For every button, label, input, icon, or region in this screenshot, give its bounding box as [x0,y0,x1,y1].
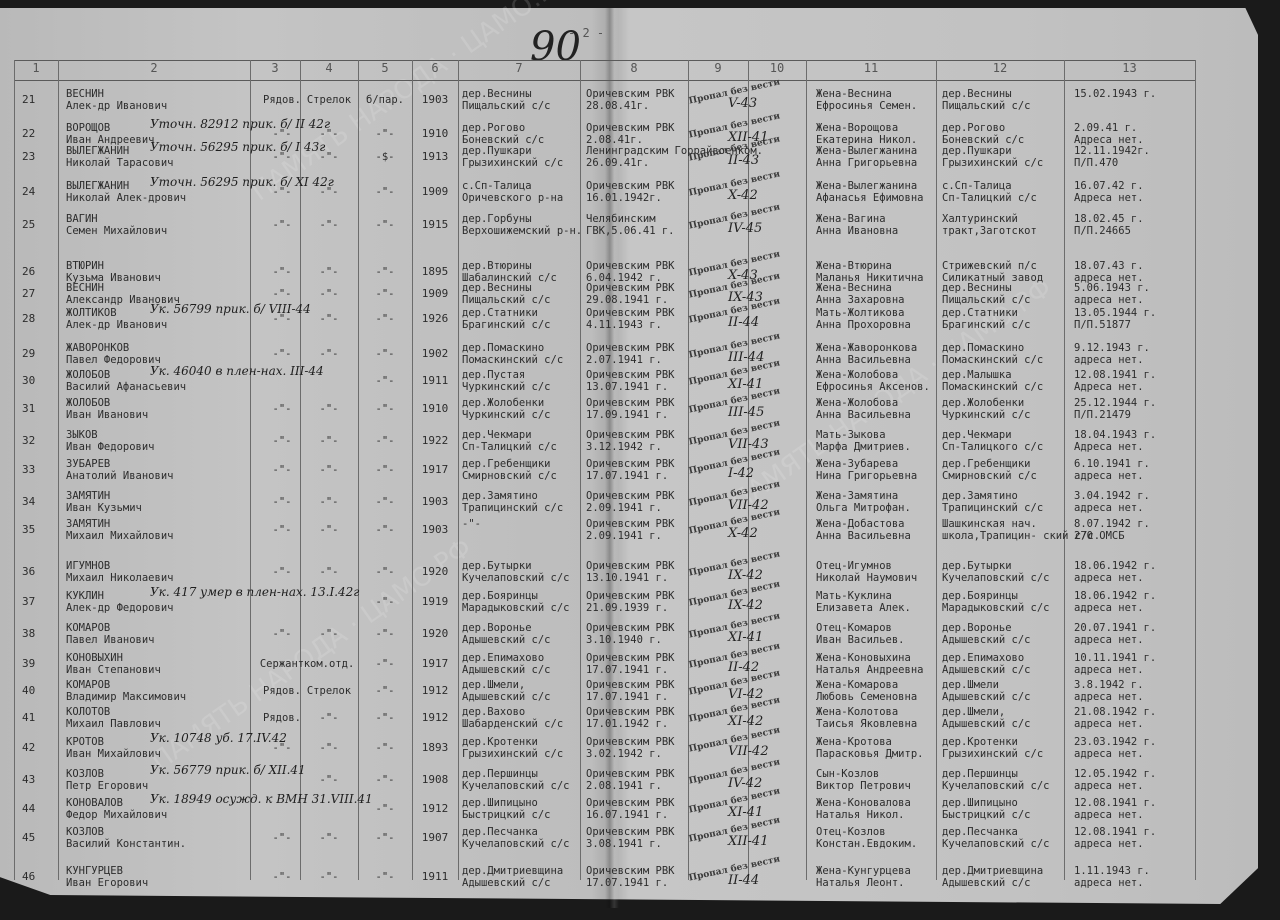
kin-address: дер.Бояринцы [942,590,1066,602]
birthplace-district: Трапицинский с/с [462,502,582,514]
draft-date: 4.11.1943 г. [586,319,686,331]
given-name: Алек-др Иванович [66,319,246,331]
notice-date: 5.06.1943 г. [1074,282,1194,294]
kin-address-district: Пищальский с/с [942,294,1066,306]
notice-date: 10.11.1941 г. [1074,652,1194,664]
next-of-kin: Отец-Комаров [816,622,940,634]
notice-remark: П/П.24665 [1074,225,1194,237]
kin-address-district: Грызихинский с/с [942,157,1066,169]
birth-year: 1909 [412,288,458,300]
draft-office: Ленинградским Горрайвоенком. [586,145,686,157]
birthplace: дер.Шипицыно [462,797,582,809]
next-of-kin: Жена-Зубарева [816,458,940,470]
notice-remark: адреса нет. [1074,664,1194,676]
next-of-kin-name: Ефросинья Аксенов. [816,381,940,393]
draft-office: Оричевским РВК [586,88,686,100]
next-of-kin-name: Иван Васильев. [816,634,940,646]
row-number: 41 [22,712,52,724]
row-number: 46 [22,871,52,883]
next-of-kin-name: Констан.Евдоким. [816,838,940,850]
birth-year: 1917 [412,464,458,476]
row-number: 30 [22,375,52,387]
rank: Рядов. [258,94,306,106]
position: -"- [300,742,358,754]
next-of-kin: Жена-Замятина [816,490,940,502]
birthplace: дер.Бутырки [462,560,582,572]
birthplace-district: Адышевский с/с [462,691,582,703]
kin-address: дер.Статники [942,307,1066,319]
notice-remark: адреса нет. [1074,602,1194,614]
kin-address: дер.Чекмари [942,429,1066,441]
kin-address: дер.Помаскино [942,342,1066,354]
kin-address-district: Брагинский с/с [942,319,1066,331]
given-name: Анатолий Иванович [66,470,246,482]
notice-date: 16.07.42 г. [1074,180,1194,192]
draft-office: Оричевским РВК [586,590,686,602]
education: -"- [360,266,410,278]
rank: -"- [258,628,306,640]
notice-remark: П/П.470 [1074,157,1194,169]
birthplace-district: Смирновский с/с [462,470,582,482]
rank: -"- [258,435,306,447]
notice-remark: адреса нет. [1074,572,1194,584]
education: -"- [360,524,410,536]
education: -"- [360,685,410,697]
draft-date: 13.07.1941 г. [586,381,686,393]
kin-address: дер.Веснины [942,282,1066,294]
kin-address-district: Пищальский с/с [942,100,1066,112]
notice-remark: адреса нет. [1074,838,1194,850]
birthplace: дер.Замятино [462,490,582,502]
position: -"- [300,524,358,536]
kin-address: дер.Малышка [942,369,1066,381]
given-name: Семен Михайлович [66,225,246,237]
draft-office: Оричевским РВК [586,260,686,272]
rank: -"- [258,871,306,883]
column-number: 10 [748,61,806,75]
next-of-kin-name: Нина Григорьевна [816,470,940,482]
next-of-kin: Жена-Вылегжанина [816,180,940,192]
birthplace: дер.Першинцы [462,768,582,780]
draft-date: 3.08.1941 г. [586,838,686,850]
birthplace: дер.Пустая [462,369,582,381]
position: -"- [300,496,358,508]
education: -"- [360,774,410,786]
birth-year: 1915 [412,219,458,231]
position: -"- [300,712,358,724]
draft-office: Оричевским РВК [586,282,686,294]
fate-date: XI-42 [728,716,763,728]
handwritten-annotation: Ук. 46040 в плен-нах. III-44 [150,365,324,377]
next-of-kin: Жена-Кунгурцева [816,865,940,877]
position: -"- [300,219,358,231]
rank: Сержант [258,658,306,670]
next-of-kin-name: Наталья Никол. [816,809,940,821]
column-number: 2 [58,61,250,75]
column-rule [1195,60,1196,880]
fate-date: I-42 [728,468,754,480]
surname: ЗЫКОВ [66,429,246,441]
notice-remark: адреса нет. [1074,634,1194,646]
surname: КОЛОТОВ [66,706,246,718]
given-name: Николай Алек-дрович [66,192,246,204]
row-number: 37 [22,596,52,608]
kin-address-district: Помаскинский с/с [942,354,1066,366]
given-name: Иван Федорович [66,441,246,453]
draft-date: 16.01.1942г. [586,192,686,204]
notice-date: 13.05.1944 г. [1074,307,1194,319]
surname: ВЕСНИН [66,88,246,100]
birth-year: 1910 [412,403,458,415]
kin-address: с.Сп-Талица [942,180,1066,192]
notice-date: 18.07.43 г. [1074,260,1194,272]
given-name: Алек-др Федорович [66,602,246,614]
birthplace: дер.Статники [462,307,582,319]
draft-date: 2.09.1941 г. [586,502,686,514]
column-number: 1 [14,61,58,75]
row-number: 40 [22,685,52,697]
birth-year: 1920 [412,628,458,640]
draft-office: Оричевским РВК [586,652,686,664]
education: -"- [360,313,410,325]
surname: ЗАМЯТИН [66,518,246,530]
draft-office: Челябинским [586,213,686,225]
fate-date: XI-41 [728,807,763,819]
notice-date: 12.08.1941 г. [1074,369,1194,381]
next-of-kin: Жена-Жолобова [816,397,940,409]
draft-office: Оричевским РВК [586,369,686,381]
next-of-kin: Жена-Комарова [816,679,940,691]
draft-date: 3.02.1942 г. [586,748,686,760]
fate-date: III-45 [728,407,764,419]
kin-address: Халтуринский [942,213,1066,225]
birthplace-district: Шабарденский с/с [462,718,582,730]
notice-date: 12.08.1941 г. [1074,797,1194,809]
kin-address: дер.Шипицыно [942,797,1066,809]
kin-address: дер.Епимахово [942,652,1066,664]
draft-date: 26.09.41г. [586,157,686,169]
row-number: 25 [22,219,52,231]
fate-date: IV-45 [728,223,762,235]
birthplace: дер.Песчанка [462,826,582,838]
next-of-kin: Жена-Втюрина [816,260,940,272]
birth-year: 1910 [412,128,458,140]
birthplace-district: Адышевский с/с [462,877,582,889]
column-rule [58,60,59,880]
given-name: Владимир Максимович [66,691,246,703]
next-of-kin-name: Анна Ивановна [816,225,940,237]
handwritten-annotation: Уточн. 56295 прик. б/ I 43г [150,141,325,153]
draft-office: Оричевским РВК [586,307,686,319]
draft-date: 13.10.1941 г. [586,572,686,584]
kin-address-district: Адышевский с/с [942,691,1066,703]
next-of-kin-name: Анна Васильевна [816,354,940,366]
fate-date: X-42 [728,190,758,202]
surname: КОМАРОВ [66,679,246,691]
birthplace-district: Пищальский с/с [462,294,582,306]
column-number: 3 [250,61,300,75]
rank: -"- [258,832,306,844]
handwritten-annotation: Ук. 417 умер в плен-нах. 13.I.42г [150,586,359,598]
draft-office: Оричевским РВК [586,397,686,409]
notice-remark: адреса нет. [1074,502,1194,514]
next-of-kin: Жена-Добастова [816,518,940,530]
kin-address-district: Чуркинский с/с [942,409,1066,421]
rank: Рядов. [258,712,306,724]
next-of-kin-name: Ольга Митрофан. [816,502,940,514]
rank: -"- [258,496,306,508]
birthplace: дер.Шмели, [462,679,582,691]
birthplace: дер.Вахово [462,706,582,718]
given-name: Василий Константин. [66,838,246,850]
fate-date: IX-42 [728,570,763,582]
notice-date: 18.06.1942 г. [1074,560,1194,572]
notice-date: 3.8.1942 г. [1074,679,1194,691]
draft-office: Оричевским РВК [586,768,686,780]
birthplace: дер.Горбуны [462,213,582,225]
kin-address: дер.Дмитриевщина [942,865,1066,877]
position: -"- [300,403,358,415]
notice-date: 3.04.1942 г. [1074,490,1194,502]
birthplace: дер.Жолобенки [462,397,582,409]
notice-date: 25.12.1944 г. [1074,397,1194,409]
education: -"- [360,566,410,578]
draft-office: Оричевским РВК [586,518,686,530]
notice-date: 12.08.1941 г. [1074,826,1194,838]
fate-date: II-44 [728,875,759,887]
kin-address: дер.Жолобенки [942,397,1066,409]
handwritten-annotation: Уточн. 56295 прик. б/ XI 42г [150,176,334,188]
draft-date: ГВК,5.06.41 г. [586,225,686,237]
birthplace-district: Грызихинский с/с [462,748,582,760]
row-number: 33 [22,464,52,476]
notice-remark: адреса нет. [1074,294,1194,306]
column-number: 4 [300,61,358,75]
fate-date: VII-42 [728,746,769,758]
rank: -"- [258,348,306,360]
notice-date: 9.12.1943 г. [1074,342,1194,354]
notice-remark: 270 ОМСБ [1074,530,1194,542]
draft-date: 17.07.1941 г. [586,470,686,482]
draft-date: 28.08.41г. [586,100,686,112]
birth-year: 1917 [412,658,458,670]
birthplace: -"- [462,518,582,530]
kin-address: Шашкинская нач. [942,518,1066,530]
kin-address-district: Кучелаповский с/с [942,838,1066,850]
rank: Рядов. [258,685,306,697]
education: -"- [360,288,410,300]
draft-date: 2.08.1941 г. [586,780,686,792]
notice-date: 8.07.1942 г. [1074,518,1194,530]
rank: -"- [258,464,306,476]
next-of-kin-name: Елизавета Алек. [816,602,940,614]
draft-office: Оричевским РВК [586,826,686,838]
row-number: 39 [22,658,52,670]
position: -"- [300,464,358,476]
draft-office: Оричевским РВК [586,865,686,877]
column-number: 9 [688,61,748,75]
next-of-kin-name: Любовь Семеновна [816,691,940,703]
birthplace: дер.Веснины [462,282,582,294]
birthplace: дер.Кротенки [462,736,582,748]
notice-remark: Адреса нет. [1074,381,1194,393]
draft-office: Оричевским РВК [586,490,686,502]
rank: -"- [258,524,306,536]
next-of-kin: Жена-Коновалова [816,797,940,809]
birth-year: 1893 [412,742,458,754]
draft-date: 29.08.1941 г. [586,294,686,306]
kin-address-district: Быстрицкий с/с [942,809,1066,821]
education: -"- [360,186,410,198]
notice-remark: П/П.21479 [1074,409,1194,421]
row-number: 43 [22,774,52,786]
kin-address-district: школа,Трапицин- ский с/с. [942,530,1066,542]
kin-address: дер.Веснины [942,88,1066,100]
birth-year: 1903 [412,94,458,106]
birth-year: 1909 [412,186,458,198]
given-name: Алек-др Иванович [66,100,246,112]
birthplace-district: Помаскинский с/с [462,354,582,366]
surname: ЖАВОРОНКОВ [66,342,246,354]
given-name: Павел Иванович [66,634,246,646]
draft-office: Оричевским РВК [586,706,686,718]
given-name: Николай Тарасович [66,157,246,169]
column-rule [358,60,359,880]
notice-date: 20.07.1941 г. [1074,622,1194,634]
surname: ВЕСНИН [66,282,246,294]
column-number: 13 [1064,61,1195,75]
row-number: 21 [22,94,52,106]
notice-date: 12.11.1942г. [1074,145,1194,157]
kin-address-district: Адышевский с/с [942,718,1066,730]
next-of-kin: Мать-Куклина [816,590,940,602]
next-of-kin: Жена-Жолобова [816,369,940,381]
draft-office: Оричевским РВК [586,679,686,691]
next-of-kin: Жена-Вылегжанина [816,145,940,157]
notice-date: 23.03.1942 г. [1074,736,1194,748]
kin-address: дер.Гребенщики [942,458,1066,470]
notice-remark: Адреса нет. [1074,441,1194,453]
education: -"- [360,375,410,387]
row-number: 36 [22,566,52,578]
position: -"- [300,435,358,447]
draft-date: 2.07.1941 г. [586,354,686,366]
notice-remark: адреса нет. [1074,691,1194,703]
given-name: Михаил Михайлович [66,530,246,542]
given-name: Василий Афанасьевич [66,381,246,393]
kin-address: дер.Замятино [942,490,1066,502]
fate-date: II-43 [728,155,759,167]
education: -"- [360,219,410,231]
birthplace: с.Сп-Талица [462,180,582,192]
kin-address-district: Трапицинский с/с [942,502,1066,514]
kin-address: дер.Песчанка [942,826,1066,838]
kin-address: Стрижевский п/с [942,260,1066,272]
fate-date: V-43 [728,98,757,110]
surname: КУНГУРЦЕВ [66,865,246,877]
draft-office: Оричевским РВК [586,342,686,354]
birth-year: 1922 [412,435,458,447]
kin-address-district: Сп-Талицкого с/с [942,441,1066,453]
kin-address: дер.Шмели, [942,706,1066,718]
birthplace: дер.Чекмари [462,429,582,441]
column-number: 6 [412,61,458,75]
handwritten-annotation: Уточн. 82912 прик. б/ II 42г [150,118,330,130]
next-of-kin: Жена-Ворощова [816,122,940,134]
notice-remark: Адреса нет. [1074,192,1194,204]
kin-address-district: Адышевский с/с [942,664,1066,676]
notice-remark: П/П.51877 [1074,319,1194,331]
draft-office: Оричевским РВК [586,429,686,441]
birthplace-district: Чуркинский с/с [462,409,582,421]
next-of-kin: Жена-Вагина [816,213,940,225]
draft-date: 3.12.1942 г. [586,441,686,453]
row-number: 29 [22,348,52,360]
position: -"- [300,774,358,786]
draft-office: Оричевским РВК [586,180,686,192]
birthplace-district: Быстрицкий с/с [462,809,582,821]
surname: ИГУМНОВ [66,560,246,572]
birth-year: 1895 [412,266,458,278]
column-number: 7 [458,61,580,75]
kin-address-district: Адышевский с/с [942,877,1066,889]
surname: ЖОЛОБОВ [66,397,246,409]
kin-address-district: тракт,Заготскот [942,225,1066,237]
notice-date: 21.08.1942 г. [1074,706,1194,718]
notice-remark: адреса нет. [1074,718,1194,730]
education: -"- [360,832,410,844]
next-of-kin: Жена-Коновыхина [816,652,940,664]
birthplace-district: Сп-Талицкий с/с [462,441,582,453]
notice-date: 15.02.1943 г. [1074,88,1194,100]
surname: ВАГИН [66,213,246,225]
birth-year: 1902 [412,348,458,360]
next-of-kin-name: Анна Григорьевна [816,157,940,169]
next-of-kin-name: Наталья Леонт. [816,877,940,889]
kin-address: дер.Кротенки [942,736,1066,748]
position: ком.отд. [300,658,358,670]
column-rule [14,60,15,880]
notice-remark: адреса нет. [1074,780,1194,792]
birthplace-district: Адышевский с/с [462,634,582,646]
row-number: 38 [22,628,52,640]
birth-year: 1926 [412,313,458,325]
next-of-kin-name: Парасковья Дмитр. [816,748,940,760]
surname: ЗАМЯТИН [66,490,246,502]
next-of-kin: Мать-Зыкова [816,429,940,441]
next-of-kin-name: Наталья Андреевна [816,664,940,676]
birthplace-district: Оричевского р-на [462,192,582,204]
handwritten-annotation: Ук. 56799 прик. б/ VIII-44 [150,303,311,315]
next-of-kin-name: Анна Васильевна [816,409,940,421]
birth-year: 1911 [412,375,458,387]
row-number: 27 [22,288,52,300]
row-number: 26 [22,266,52,278]
birthplace-district: Верхошижемский р-н. [462,225,582,237]
given-name: Иван Кузьмич [66,502,246,514]
notice-remark: адреса нет. [1074,809,1194,821]
notice-remark: адреса нет. [1074,748,1194,760]
given-name: Иван Михайлович [66,748,246,760]
notice-date: 2.09.41 г. [1074,122,1194,134]
row-number: 44 [22,803,52,815]
birth-year: 1908 [412,774,458,786]
position: -"- [300,348,358,360]
draft-date: 2.09.1941 г. [586,530,686,542]
fate-date: XI-41 [728,632,763,644]
next-of-kin: Жена-Веснина [816,88,940,100]
rank: -"- [258,403,306,415]
